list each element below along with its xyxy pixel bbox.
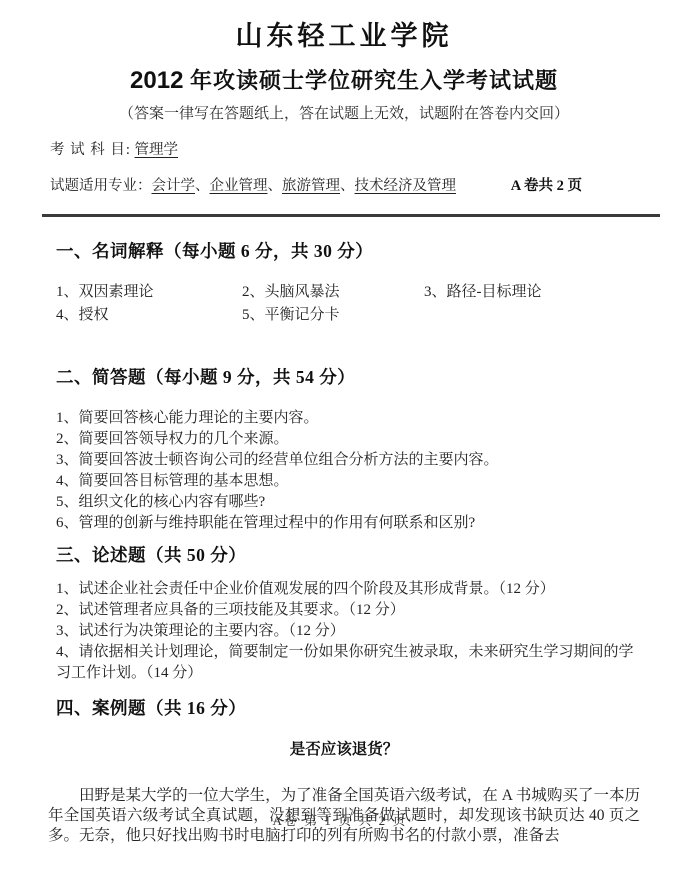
term-item: 3、路径-目标理论 bbox=[424, 281, 640, 304]
section-term-definitions: 一、名词解释（每小题 6 分，共 30 分） 1、双因素理论2、头脑风暴法3、路… bbox=[48, 238, 640, 327]
section-3-heading: 三、论述题（共 50 分） bbox=[56, 542, 640, 567]
section-2-heading: 二、简答题（每小题 9 分，共 54 分） bbox=[56, 364, 640, 389]
question-item: 3、简要回答波士顿咨询公司的经营单位组合分析方法的主要内容。 bbox=[56, 450, 640, 471]
major-separator: 、 bbox=[340, 178, 355, 194]
section-essay: 三、论述题（共 50 分） 1、试述企业社会责任中企业价值观发展的四个阶段及其形… bbox=[48, 542, 640, 684]
exam-title: 2012 年攻读硕士学位研究生入学考试试题 bbox=[48, 64, 640, 95]
copy-info: A 卷共 2 页 bbox=[511, 174, 582, 195]
question-item: 2、简要回答领导权力的几个来源。 bbox=[56, 429, 640, 450]
major-item: 企业管理 bbox=[210, 178, 268, 194]
term-item: 2、头脑风暴法 bbox=[242, 281, 424, 304]
question-item: 3、试述行为决策理论的主要内容。（12 分） bbox=[56, 621, 640, 642]
major-item: 旅游管理 bbox=[282, 178, 340, 194]
majors-label: 试题适用专业： bbox=[50, 174, 152, 195]
question-item: 4、请依据相关计划理论，简要制定一份如果你研究生被录取，未来研究生学习期间的学习… bbox=[56, 642, 640, 684]
section-short-answer: 二、简答题（每小题 9 分，共 54 分） 1、简要回答核心能力理论的主要内容。… bbox=[48, 364, 640, 534]
page-number: A卷 第 1 页 共 2 页 bbox=[0, 810, 680, 829]
header-divider bbox=[42, 214, 660, 217]
subject-value: 管理学 bbox=[135, 142, 179, 158]
term-item: 5、平衡记分卡 bbox=[242, 304, 424, 327]
question-item: 6、管理的创新与维持职能在管理过程中的作用有何联系和区别? bbox=[56, 513, 640, 534]
instruction-note: （答案一律写在答题纸上，答在试题上无效，试题附在答卷内交回） bbox=[48, 102, 640, 123]
exam-paper-page: 山东轻工业学院 2012 年攻读硕士学位研究生入学考试试题 （答案一律写在答题纸… bbox=[0, 0, 680, 892]
major-separator: 、 bbox=[195, 178, 210, 194]
subject-line: 考 试 科 目: 管理学 bbox=[50, 138, 640, 159]
exam-title-text: 年攻读硕士学位研究生入学考试试题 bbox=[183, 68, 558, 93]
paper-header: 山东轻工业学院 2012 年攻读硕士学位研究生入学考试试题 （答案一律写在答题纸… bbox=[48, 14, 640, 217]
major-item: 技术经济及管理 bbox=[355, 178, 457, 194]
section-4-heading: 四、案例题（共 16 分） bbox=[56, 695, 640, 720]
question-item: 1、试述企业社会责任中企业价值观发展的四个阶段及其形成背景。（12 分） bbox=[56, 579, 640, 600]
school-name: 山东轻工业学院 bbox=[48, 14, 640, 53]
major-item: 会计学 bbox=[152, 178, 196, 194]
question-item: 5、组织文化的核心内容有哪些? bbox=[56, 492, 640, 513]
question-item: 2、试述管理者应具备的三项技能及其要求。（12 分） bbox=[56, 600, 640, 621]
short-answer-questions: 1、简要回答核心能力理论的主要内容。2、简要回答领导权力的几个来源。3、简要回答… bbox=[56, 408, 640, 534]
case-study-title: 是否应该退货？ bbox=[48, 737, 640, 759]
major-separator: 、 bbox=[268, 178, 283, 194]
subject-label: 考 试 科 目: bbox=[50, 142, 131, 158]
majors-list: 会计学、企业管理、旅游管理、技术经济及管理 bbox=[152, 174, 457, 195]
term-item: 1、双因素理论 bbox=[56, 281, 242, 304]
terms-list: 1、双因素理论2、头脑风暴法3、路径-目标理论4、授权5、平衡记分卡 bbox=[56, 281, 640, 327]
term-item: 4、授权 bbox=[56, 304, 242, 327]
section-1-heading: 一、名词解释（每小题 6 分，共 30 分） bbox=[56, 238, 640, 263]
question-item: 1、简要回答核心能力理论的主要内容。 bbox=[56, 408, 640, 429]
majors-line: 试题适用专业： 会计学、企业管理、旅游管理、技术经济及管理 A 卷共 2 页 bbox=[50, 174, 640, 195]
essay-questions: 1、试述企业社会责任中企业价值观发展的四个阶段及其形成背景。（12 分）2、试述… bbox=[56, 579, 640, 684]
exam-year: 2012 bbox=[130, 67, 183, 94]
question-item: 4、简要回答目标管理的基本思想。 bbox=[56, 471, 640, 492]
